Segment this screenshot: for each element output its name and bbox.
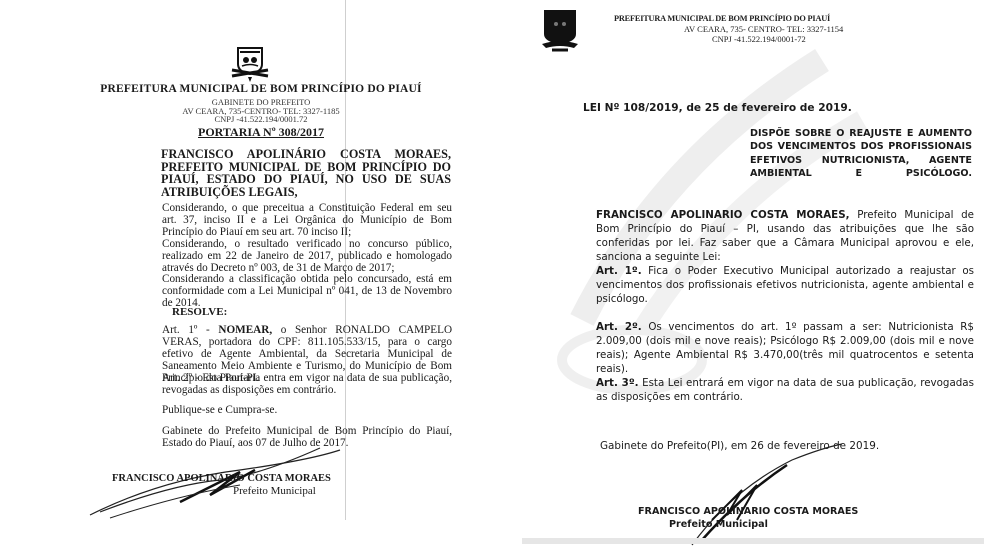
article-3: Art. 3º. Esta Lei entrará em vigor na da… bbox=[532, 376, 974, 404]
considerando-text: Considerando a classificação obtida pelo… bbox=[22, 273, 452, 309]
article-label: Art. 2º. bbox=[596, 321, 642, 333]
article-2: Art. 2º - Esta Portaria entra em vigor n… bbox=[22, 372, 452, 396]
letterhead-cnpj: CNPJ -41.522.194/0001-72 bbox=[614, 34, 874, 44]
letterhead: PREFEITURA MUNICIPAL DE BOM PRINCÍPIO DO… bbox=[614, 14, 874, 44]
article-2: Art. 2º. Os vencimentos do art. 1º passa… bbox=[532, 320, 974, 376]
article-label: Art. 3º. bbox=[596, 377, 639, 389]
signatory-role: Prefeito Municipal bbox=[233, 485, 316, 497]
considerando-text: Considerando, o que preceitua a Constitu… bbox=[22, 202, 452, 238]
letterhead-address: AV CEARA, 735- CENTRO- TEL: 3327-1154 bbox=[614, 24, 874, 34]
gabinete-line: Gabinete do Prefeito(PI), em 26 de fever… bbox=[600, 440, 879, 452]
article-text: Fica o Poder Executivo Municipal autoriz… bbox=[596, 265, 974, 305]
document-heading: PORTARIA Nº 308/2017 bbox=[66, 125, 456, 140]
article-text: Esta Lei entrará em vigor na data de sua… bbox=[596, 377, 974, 403]
considerando-text: Considerando, o resultado verificado no … bbox=[22, 238, 452, 274]
preamble: FRANCISCO APOLINARIO COSTA MORAES, Prefe… bbox=[532, 208, 974, 264]
ementa: DISPÕE SOBRE O REAJUSTE E AUMENTO DOS VE… bbox=[750, 127, 972, 181]
considerando-3: Considerando a classificação obtida pelo… bbox=[22, 273, 452, 309]
gabinete-line: Gabinete do Prefeito Municipal de Bom Pr… bbox=[22, 425, 452, 449]
resolve-heading: RESOLVE: bbox=[172, 306, 227, 318]
letterhead-title: PREFEITURA MUNICIPAL DE BOM PRINCÍPIO DO… bbox=[66, 83, 456, 95]
publique-text: Publique-se e Cumpra-se. bbox=[22, 404, 452, 416]
scan-bottom-edge bbox=[522, 538, 984, 544]
article-text: Os vencimentos do art. 1º passam a ser: … bbox=[596, 321, 974, 375]
article-text: Art. 2º - Esta Portaria entra em vigor n… bbox=[22, 372, 452, 396]
article-label: Art. 1º - bbox=[162, 324, 210, 336]
preamble: FRANCISCO APOLINÁRIO COSTA MORAES, PREFE… bbox=[161, 148, 451, 198]
municipal-coat-of-arms-icon bbox=[542, 8, 578, 54]
letterhead-cnpj: CNPJ -41.522.194/0001.72 bbox=[66, 114, 456, 124]
article-verb: NOMEAR, bbox=[218, 324, 272, 336]
preamble-name: FRANCISCO APOLINARIO COSTA MORAES, bbox=[596, 209, 850, 221]
lei-document: PREFEITURA MUNICIPAL DE BOM PRINCÍPIO DO… bbox=[522, 0, 984, 554]
signatory-role: Prefeito Municipal bbox=[669, 519, 768, 530]
signatory-name: FRANCISCO APOLINÁRIO COSTA MORAES bbox=[112, 473, 331, 484]
document-heading: LEI Nº 108/2019, de 25 de fevereiro de 2… bbox=[583, 102, 852, 114]
considerando-1: Considerando, o que preceitua a Constitu… bbox=[22, 202, 452, 238]
preamble-text: FRANCISCO APOLINÁRIO COSTA MORAES, PREFE… bbox=[161, 147, 451, 199]
signature-scribble-icon bbox=[672, 440, 872, 550]
article-label: Art. 1º. bbox=[596, 265, 642, 277]
gabinete-text: Gabinete do Prefeito Municipal de Bom Pr… bbox=[22, 425, 452, 449]
portaria-document: PREFEITURA MUNICIPAL DE BOM PRINCÍPIO DO… bbox=[0, 0, 500, 554]
considerando-2: Considerando, o resultado verificado no … bbox=[22, 238, 452, 274]
letterhead-title: PREFEITURA MUNICIPAL DE BOM PRINCÍPIO DO… bbox=[614, 14, 874, 24]
municipal-coat-of-arms-icon bbox=[228, 46, 272, 84]
article-1: Art. 1º. Fica o Poder Executivo Municipa… bbox=[532, 264, 974, 306]
signatory-name: FRANCISCO APOLINARIO COSTA MORAES bbox=[638, 506, 858, 517]
publique-line: Publique-se e Cumpra-se. bbox=[22, 404, 452, 416]
